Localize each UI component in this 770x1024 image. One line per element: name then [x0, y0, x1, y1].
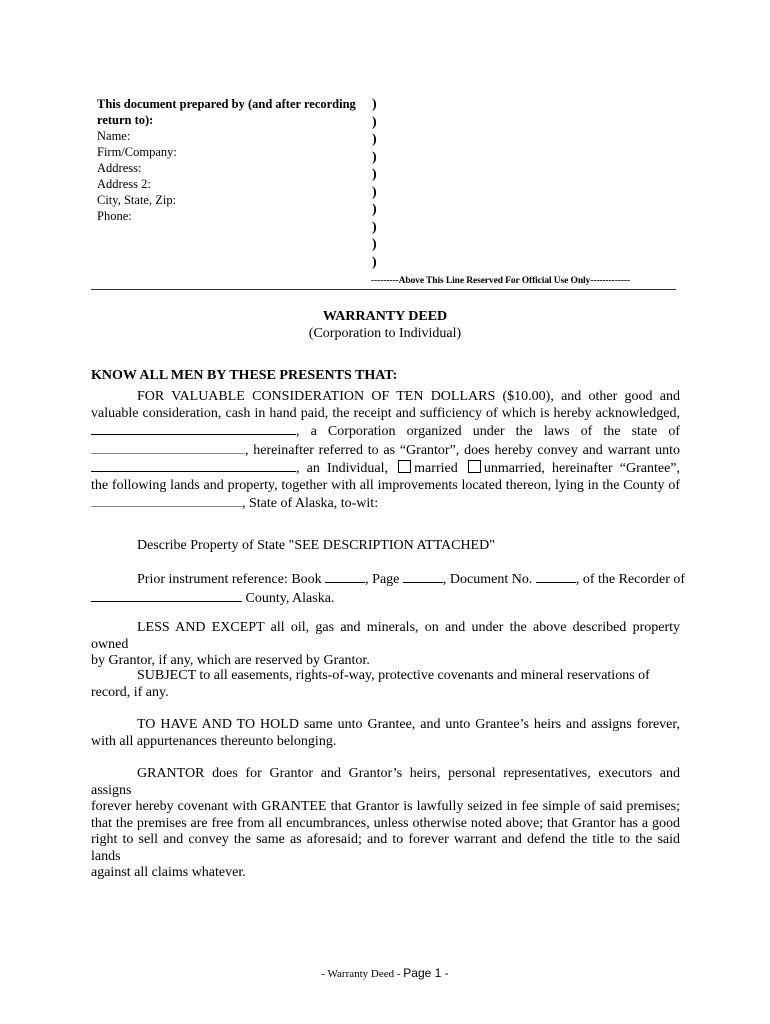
- official-use-notice: ---------Above This Line Reserved For Of…: [371, 276, 630, 286]
- document-page: This document prepared by (and after rec…: [0, 0, 770, 1024]
- paragraph-line: LESS AND EXCEPT all oil, gas and mineral…: [91, 620, 680, 652]
- prior-book-label: Prior instrument reference: Book: [137, 572, 322, 587]
- describe-property-text: Describe Property of State "SEE DESCRIPT…: [137, 538, 495, 553]
- state-blank[interactable]: [91, 441, 245, 454]
- prior-county-text: County, Alaska.: [246, 591, 335, 606]
- paragraph-line: against all claims whatever.: [91, 865, 246, 880]
- field-name-label: Name:: [97, 128, 367, 144]
- footer-page-number: Page 1 -: [403, 966, 448, 980]
- consideration-line: , State of Alaska, to-wit:: [242, 496, 378, 511]
- paren: ): [372, 166, 377, 184]
- paragraph-line: with all appurtenances thereunto belongi…: [91, 734, 336, 749]
- paragraph-line: forever hereby covenant with GRANTEE tha…: [91, 799, 680, 814]
- document-number-blank[interactable]: [536, 570, 576, 583]
- grantor-covenant-paragraph: GRANTOR does for Grantor and Grantor’s h…: [91, 766, 680, 882]
- paren: ): [372, 219, 377, 237]
- prepared-by-heading-1: This document prepared by (and after rec…: [97, 96, 367, 112]
- consideration-line: the following lands and property, togeth…: [91, 478, 680, 493]
- preparer-block: This document prepared by (and after rec…: [97, 96, 367, 224]
- field-firm-label: Firm/Company:: [97, 144, 367, 160]
- paren: ): [372, 254, 377, 272]
- subject-paragraph: SUBJECT to all easements, rights-of-way,…: [91, 668, 680, 701]
- paragraph-line: record, if any.: [91, 685, 169, 700]
- paragraph-line: SUBJECT to all easements, rights-of-way,…: [137, 668, 650, 683]
- field-address-label: Address:: [97, 160, 367, 176]
- field-city-state-zip-label: City, State, Zip:: [97, 192, 367, 208]
- prior-page-label: , Page: [365, 572, 399, 587]
- prepared-by-heading-2: return to):: [97, 112, 367, 128]
- document-subtitle: (Corporation to Individual): [0, 326, 770, 342]
- field-phone-label: Phone:: [97, 208, 367, 224]
- paragraph-line: by Grantor, if any, which are reserved b…: [91, 653, 370, 668]
- paragraph-line: that the premises are free from all encu…: [91, 816, 680, 831]
- paren: ): [372, 236, 377, 254]
- paragraph-line: right to sell and convey the same as afo…: [91, 832, 680, 864]
- county-blank[interactable]: [91, 494, 242, 507]
- document-title: WARRANTY DEED: [0, 309, 770, 325]
- consideration-line: FOR VALUABLE CONSIDERATION OF TEN DOLLAR…: [137, 389, 680, 404]
- paragraph-line: TO HAVE AND TO HOLD same unto Grantee, a…: [137, 717, 680, 732]
- less-except-paragraph: LESS AND EXCEPT all oil, gas and mineral…: [91, 620, 680, 670]
- parenthesis-column: ) ) ) ) ) ) ) ) ) ): [372, 96, 377, 271]
- describe-property-paragraph: Describe Property of State "SEE DESCRIPT…: [91, 538, 680, 555]
- paragraph-line: GRANTOR does for Grantor and Grantor’s h…: [91, 766, 680, 798]
- to-have-and-to-hold-paragraph: TO HAVE AND TO HOLD same unto Grantee, a…: [91, 717, 680, 750]
- page-footer: - Warranty Deed - Page 1 -: [0, 966, 770, 980]
- married-label: married: [414, 461, 458, 476]
- footer-document-label: - Warranty Deed -: [321, 968, 403, 980]
- paren: ): [372, 201, 377, 219]
- recorder-county-blank[interactable]: [91, 589, 242, 602]
- consideration-line: , hereinafter referred to as “Grantor”, …: [245, 443, 680, 458]
- page-blank[interactable]: [403, 570, 443, 583]
- consideration-paragraph: FOR VALUABLE CONSIDERATION OF TEN DOLLAR…: [91, 389, 680, 513]
- grantee-name-blank[interactable]: [91, 459, 296, 472]
- consideration-line: , an Individual,: [296, 461, 388, 476]
- paren: ): [372, 131, 377, 149]
- paren: ): [372, 114, 377, 132]
- consideration-line: , a Corporation organized under the laws…: [296, 424, 680, 439]
- paren: ): [372, 96, 377, 114]
- married-checkbox[interactable]: [398, 460, 411, 473]
- field-address2-label: Address 2:: [97, 176, 367, 192]
- prior-recorder-label: , of the Recorder of: [576, 572, 685, 587]
- consideration-line: valuable consideration, cash in hand pai…: [91, 406, 680, 421]
- know-all-heading: KNOW ALL MEN BY THESE PRESENTS THAT:: [91, 368, 397, 384]
- book-blank[interactable]: [325, 570, 365, 583]
- prior-document-label: , Document No.: [443, 572, 532, 587]
- official-use-divider: [91, 289, 676, 290]
- corporation-name-blank[interactable]: [91, 422, 296, 435]
- paren: ): [372, 149, 377, 167]
- unmarried-checkbox[interactable]: [468, 460, 481, 473]
- prior-instrument-paragraph: Prior instrument reference: Book , Page …: [91, 570, 680, 607]
- paren: ): [372, 184, 377, 202]
- unmarried-label: unmarried, hereinafter “Grantee”,: [484, 461, 680, 476]
